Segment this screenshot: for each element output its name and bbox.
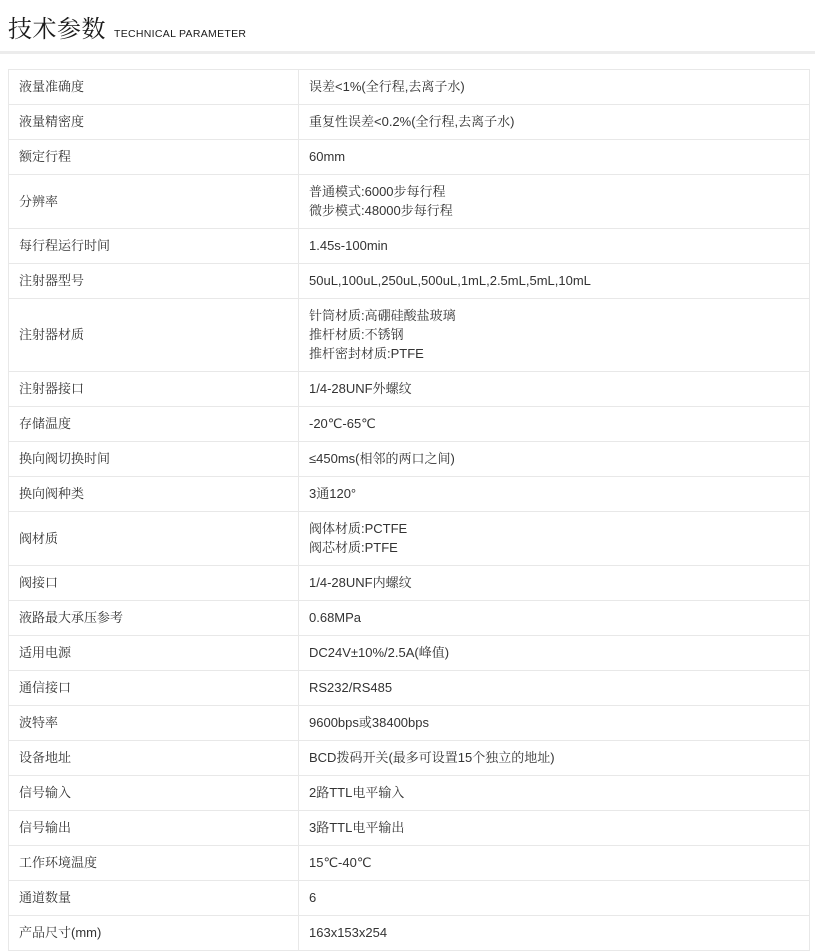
param-value-line: 6 xyxy=(309,888,799,907)
table-row: 分辨率普通模式:6000步每行程微步模式:48000步每行程 xyxy=(9,175,810,229)
page-subtitle: TECHNICAL PARAMETER xyxy=(114,28,246,40)
param-value: 0.68MPa xyxy=(299,601,810,636)
param-value-line: 50uL,100uL,250uL,500uL,1mL,2.5mL,5mL,10m… xyxy=(309,271,799,290)
table-row: 换向阀种类3通120° xyxy=(9,477,810,512)
param-value-line: BCD拨码开关(最多可设置15个独立的地址) xyxy=(309,748,799,767)
param-label: 信号输出 xyxy=(9,811,299,846)
param-value-line: 阀芯材质:PTFE xyxy=(309,538,799,557)
param-value-line: 1/4-28UNF外螺纹 xyxy=(309,379,799,398)
section-header: 技术参数 TECHNICAL PARAMETER xyxy=(0,0,815,51)
param-value: 3通120° xyxy=(299,477,810,512)
table-row: 注射器材质针筒材质:高硼硅酸盐玻璃推杆材质:不锈钢推杆密封材质:PTFE xyxy=(9,299,810,372)
param-value-line: 1.45s-100min xyxy=(309,236,799,255)
table-row: 注射器接口1/4-28UNF外螺纹 xyxy=(9,372,810,407)
table-row: 波特率9600bps或38400bps xyxy=(9,706,810,741)
param-value-line: 推杆材质:不锈钢 xyxy=(309,325,799,344)
param-value-line: -20℃-65℃ xyxy=(309,414,799,433)
table-row: 液量精密度重复性误差<0.2%(全行程,去离子水) xyxy=(9,105,810,140)
param-value-line: 163x153x254 xyxy=(309,923,799,942)
param-value-line: 误差<1%(全行程,去离子水) xyxy=(309,77,799,96)
param-label: 通信接口 xyxy=(9,671,299,706)
table-row: 阀材质阀体材质:PCTFE阀芯材质:PTFE xyxy=(9,512,810,566)
param-value-line: 3通120° xyxy=(309,484,799,503)
param-value-line: 阀体材质:PCTFE xyxy=(309,519,799,538)
param-label: 液量精密度 xyxy=(9,105,299,140)
table-row: 适用电源DC24V±10%/2.5A(峰值) xyxy=(9,636,810,671)
param-value: 15℃-40℃ xyxy=(299,846,810,881)
param-value-line: 15℃-40℃ xyxy=(309,853,799,872)
param-value: 1.45s-100min xyxy=(299,229,810,264)
param-value: -20℃-65℃ xyxy=(299,407,810,442)
param-label: 注射器接口 xyxy=(9,372,299,407)
param-value-line: 推杆密封材质:PTFE xyxy=(309,344,799,363)
spec-table: 液量准确度误差<1%(全行程,去离子水)液量精密度重复性误差<0.2%(全行程,… xyxy=(8,69,810,951)
param-value: 6 xyxy=(299,881,810,916)
param-value-line: 60mm xyxy=(309,147,799,166)
spec-table-body: 液量准确度误差<1%(全行程,去离子水)液量精密度重复性误差<0.2%(全行程,… xyxy=(9,70,810,951)
param-label: 液量准确度 xyxy=(9,70,299,105)
table-row: 液量准确度误差<1%(全行程,去离子水) xyxy=(9,70,810,105)
table-row: 信号输入2路TTL电平输入 xyxy=(9,776,810,811)
table-row: 产品尺寸(mm)163x153x254 xyxy=(9,916,810,951)
param-value: 9600bps或38400bps xyxy=(299,706,810,741)
param-label: 换向阀切换时间 xyxy=(9,442,299,477)
param-label: 换向阀种类 xyxy=(9,477,299,512)
param-value: 针筒材质:高硼硅酸盐玻璃推杆材质:不锈钢推杆密封材质:PTFE xyxy=(299,299,810,372)
table-row: 阀接口1/4-28UNF内螺纹 xyxy=(9,566,810,601)
param-label: 每行程运行时间 xyxy=(9,229,299,264)
param-value: 1/4-28UNF内螺纹 xyxy=(299,566,810,601)
param-value-line: 2路TTL电平输入 xyxy=(309,783,799,802)
technical-parameter-page: 技术参数 TECHNICAL PARAMETER 液量准确度误差<1%(全行程,… xyxy=(0,0,815,951)
page-title: 技术参数 xyxy=(8,9,106,44)
param-label: 波特率 xyxy=(9,706,299,741)
param-value: DC24V±10%/2.5A(峰值) xyxy=(299,636,810,671)
param-value: 阀体材质:PCTFE阀芯材质:PTFE xyxy=(299,512,810,566)
param-value-line: 重复性误差<0.2%(全行程,去离子水) xyxy=(309,112,799,131)
param-value-line: 普通模式:6000步每行程 xyxy=(309,182,799,201)
table-row: 设备地址BCD拨码开关(最多可设置15个独立的地址) xyxy=(9,741,810,776)
param-value: 50uL,100uL,250uL,500uL,1mL,2.5mL,5mL,10m… xyxy=(299,264,810,299)
param-value-line: ≤450ms(相邻的两口之间) xyxy=(309,449,799,468)
param-value: RS232/RS485 xyxy=(299,671,810,706)
param-label: 存储温度 xyxy=(9,407,299,442)
param-label: 产品尺寸(mm) xyxy=(9,916,299,951)
param-value-line: DC24V±10%/2.5A(峰值) xyxy=(309,643,799,662)
param-value-line: RS232/RS485 xyxy=(309,678,799,697)
param-value: 60mm xyxy=(299,140,810,175)
param-label: 注射器型号 xyxy=(9,264,299,299)
section-title-line: 技术参数 TECHNICAL PARAMETER xyxy=(8,9,807,44)
param-label: 工作环境温度 xyxy=(9,846,299,881)
param-value: 163x153x254 xyxy=(299,916,810,951)
table-row: 存储温度-20℃-65℃ xyxy=(9,407,810,442)
param-value-line: 3路TTL电平输出 xyxy=(309,818,799,837)
param-value: ≤450ms(相邻的两口之间) xyxy=(299,442,810,477)
param-value: 普通模式:6000步每行程微步模式:48000步每行程 xyxy=(299,175,810,229)
param-value-line: 1/4-28UNF内螺纹 xyxy=(309,573,799,592)
table-row: 额定行程60mm xyxy=(9,140,810,175)
param-value: 3路TTL电平输出 xyxy=(299,811,810,846)
param-label: 通道数量 xyxy=(9,881,299,916)
param-label: 适用电源 xyxy=(9,636,299,671)
param-label: 液路最大承压参考 xyxy=(9,601,299,636)
param-value: 误差<1%(全行程,去离子水) xyxy=(299,70,810,105)
param-value-line: 微步模式:48000步每行程 xyxy=(309,201,799,220)
param-label: 注射器材质 xyxy=(9,299,299,372)
table-row: 通道数量6 xyxy=(9,881,810,916)
param-label: 额定行程 xyxy=(9,140,299,175)
table-row: 液路最大承压参考0.68MPa xyxy=(9,601,810,636)
param-label: 阀材质 xyxy=(9,512,299,566)
param-value: 重复性误差<0.2%(全行程,去离子水) xyxy=(299,105,810,140)
param-value-line: 0.68MPa xyxy=(309,608,799,627)
table-row: 工作环境温度15℃-40℃ xyxy=(9,846,810,881)
table-row: 信号输出3路TTL电平输出 xyxy=(9,811,810,846)
param-value: 2路TTL电平输入 xyxy=(299,776,810,811)
param-label: 阀接口 xyxy=(9,566,299,601)
param-value: BCD拨码开关(最多可设置15个独立的地址) xyxy=(299,741,810,776)
param-value-line: 9600bps或38400bps xyxy=(309,713,799,732)
param-value: 1/4-28UNF外螺纹 xyxy=(299,372,810,407)
table-row: 注射器型号50uL,100uL,250uL,500uL,1mL,2.5mL,5m… xyxy=(9,264,810,299)
table-row: 通信接口RS232/RS485 xyxy=(9,671,810,706)
table-row: 每行程运行时间1.45s-100min xyxy=(9,229,810,264)
param-label: 设备地址 xyxy=(9,741,299,776)
param-value-line: 针筒材质:高硼硅酸盐玻璃 xyxy=(309,306,799,325)
table-row: 换向阀切换时间≤450ms(相邻的两口之间) xyxy=(9,442,810,477)
spec-table-container: 液量准确度误差<1%(全行程,去离子水)液量精密度重复性误差<0.2%(全行程,… xyxy=(0,54,815,951)
param-label: 信号输入 xyxy=(9,776,299,811)
param-label: 分辨率 xyxy=(9,175,299,229)
